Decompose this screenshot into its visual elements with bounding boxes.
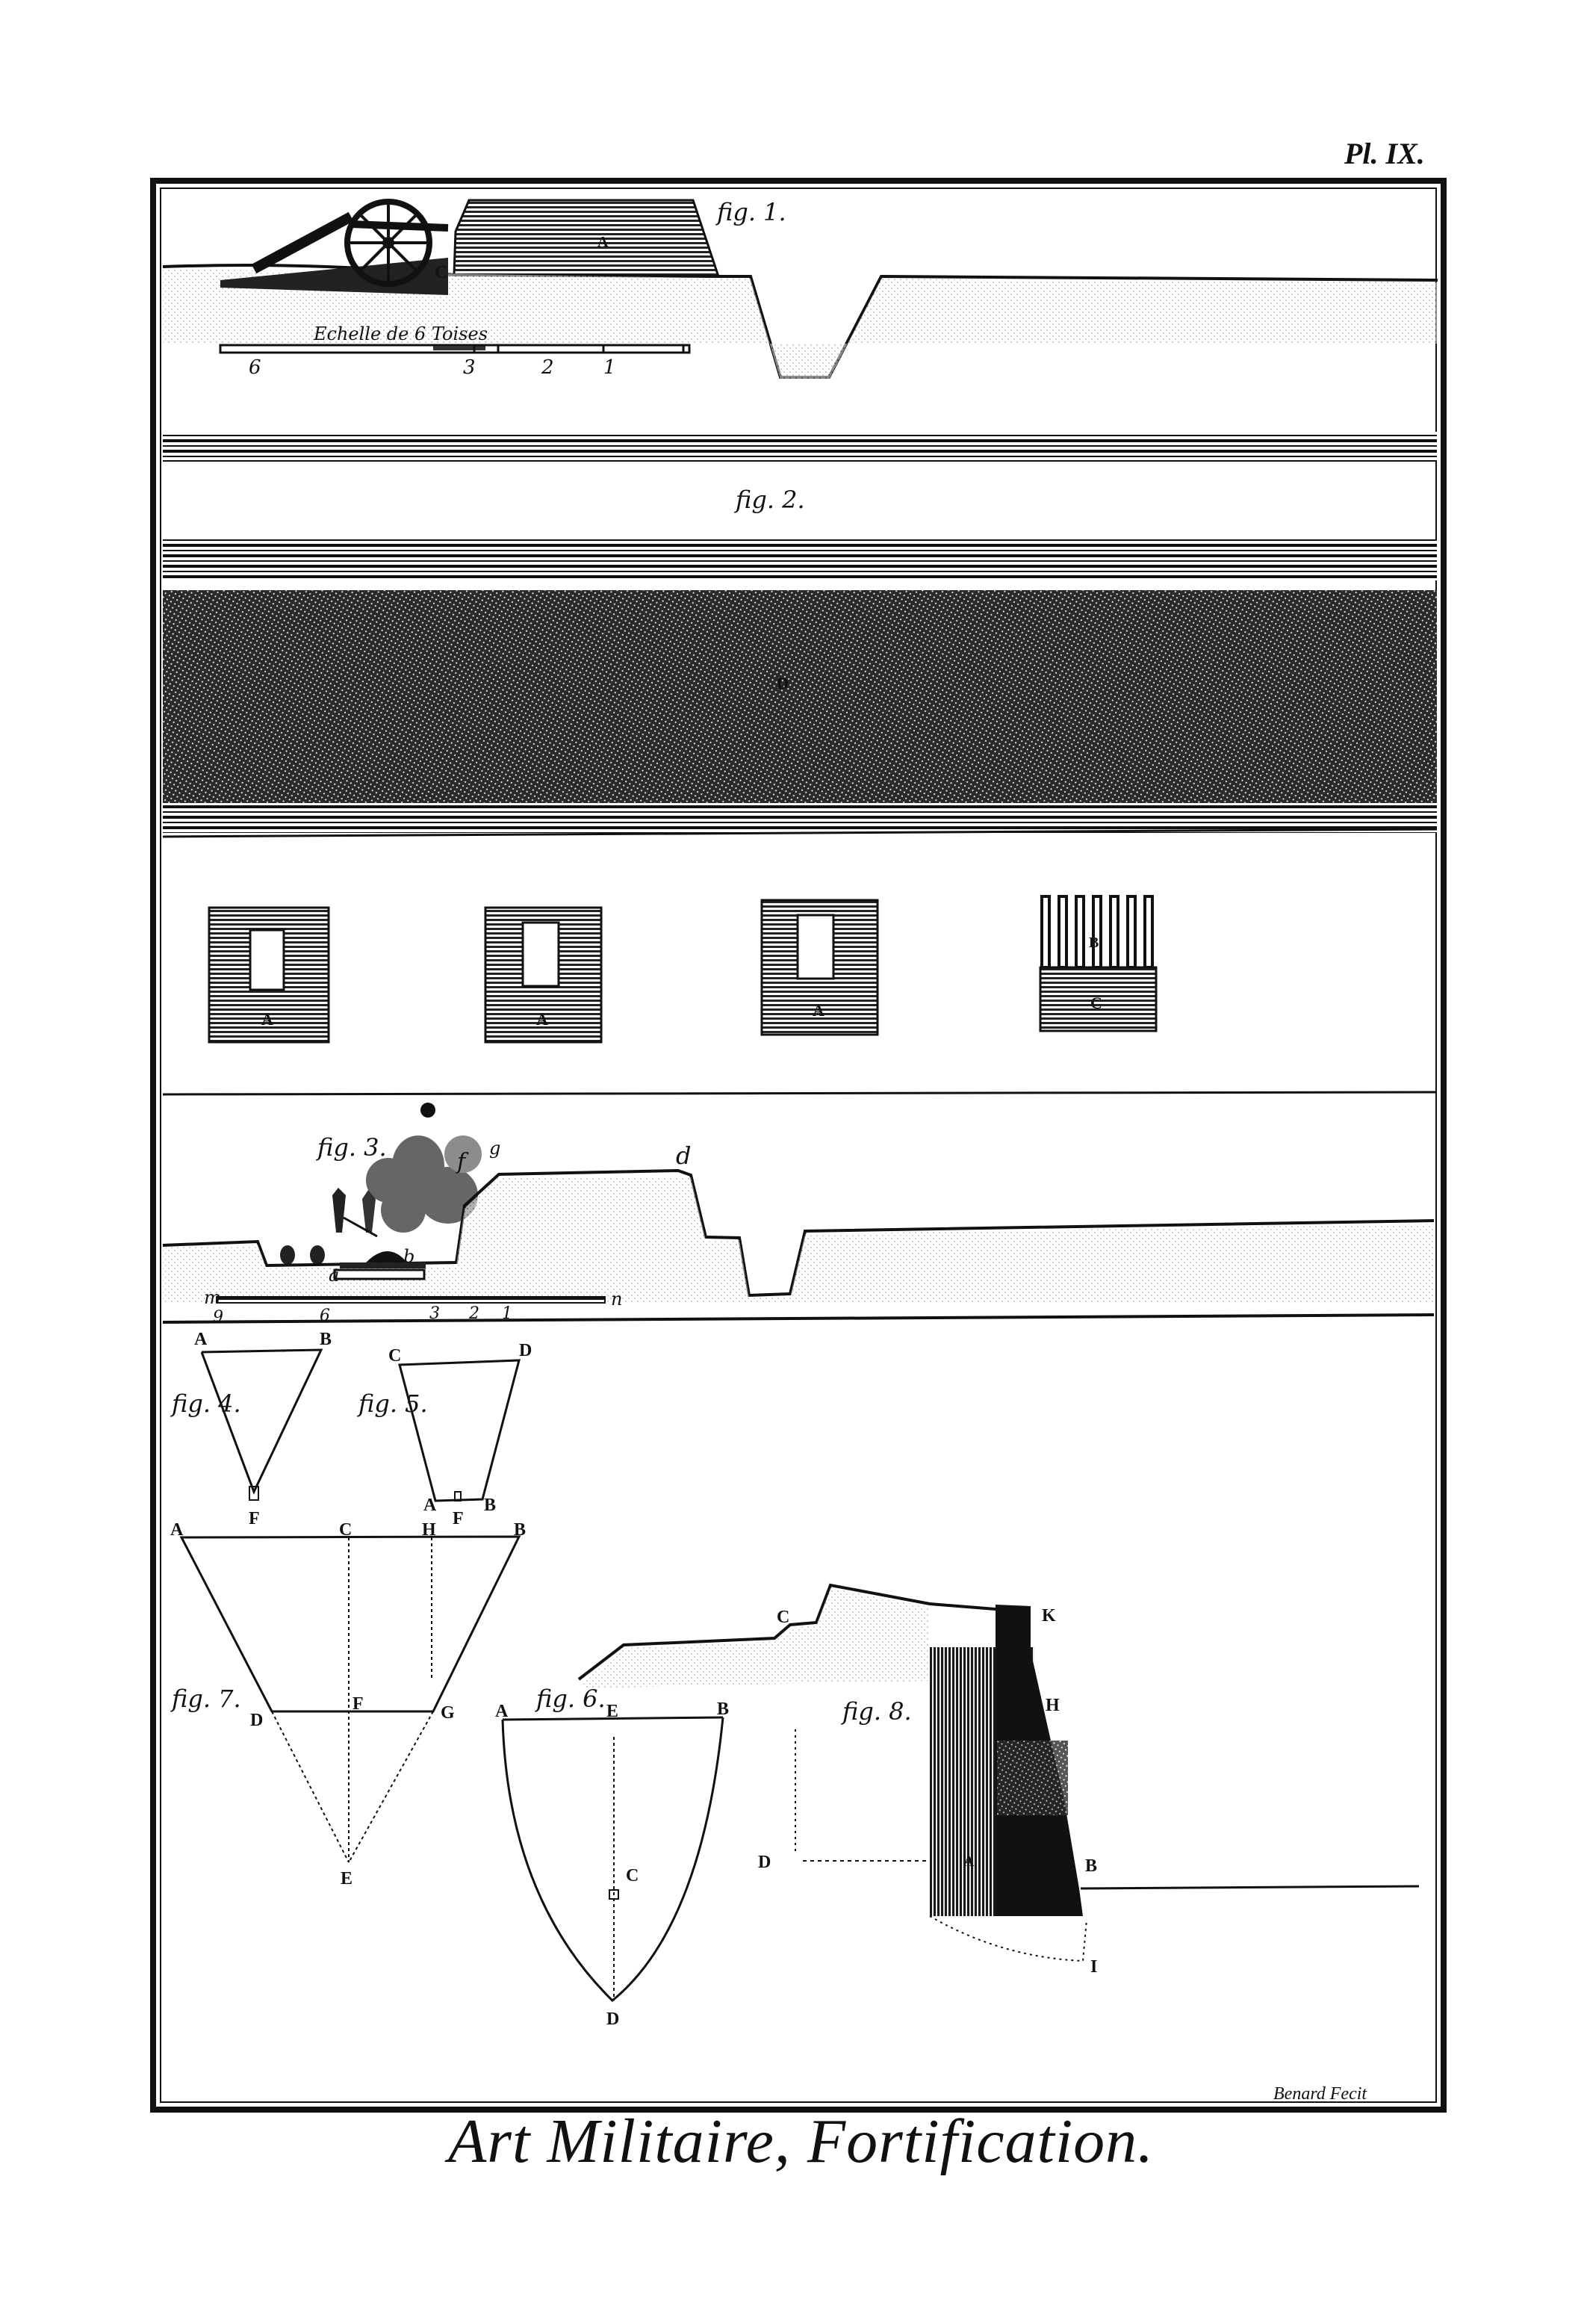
- fig8-label-H: H: [1046, 1696, 1060, 1715]
- fig7-label-A: A: [170, 1520, 184, 1540]
- figure-7-trapezoid-construction: A C H B D F G E fig. 7.: [170, 1520, 526, 1888]
- fig5-label-D: D: [519, 1341, 532, 1360]
- fig2-label-D: D: [777, 674, 789, 692]
- gabion-label-B: B: [1089, 935, 1099, 951]
- fig3-caption: fig. 3.: [316, 1133, 387, 1162]
- fig8-label-A: A: [963, 1853, 975, 1870]
- fig3-tick-9: 9: [213, 1308, 223, 1327]
- gabion-2: A: [485, 908, 601, 1042]
- figure-1-profile: A C fig. 1. Echelle de 6 Toises 6 3 2 1: [163, 198, 1438, 379]
- fig4-caption: fig. 4.: [170, 1389, 241, 1418]
- fig7-label-B: B: [514, 1520, 526, 1540]
- gabion-3: A: [762, 900, 878, 1035]
- fig3-label-g: g: [489, 1138, 500, 1159]
- fig8-label-B: B: [1085, 1856, 1097, 1876]
- fig5-caption: fig. 5.: [357, 1389, 428, 1418]
- fig6-label-D: D: [606, 2010, 619, 2029]
- fig4-label-F: F: [249, 1509, 260, 1528]
- fig7-label-D: D: [250, 1711, 263, 1730]
- fig7-label-H: H: [422, 1520, 436, 1540]
- gabion-label: A: [813, 1001, 824, 1020]
- fig8-label-I: I: [1090, 1957, 1097, 1977]
- fig7-label-F: F: [353, 1694, 364, 1714]
- fig3-label-b: b: [403, 1246, 414, 1267]
- fig7-caption: fig. 7.: [170, 1685, 241, 1713]
- fig1-caption: fig. 1.: [715, 198, 786, 226]
- fig5-label-C: C: [388, 1346, 401, 1366]
- fig6-label-A: A: [495, 1702, 509, 1721]
- fig5-label-A: A: [423, 1496, 437, 1515]
- scale-tick-1: 1: [603, 356, 616, 379]
- figure-8-rampart-section: C K H D A B I fig. 8.: [579, 1585, 1419, 1977]
- fig5-label-F: F: [453, 1509, 464, 1528]
- fig3-label-d: d: [676, 1141, 691, 1170]
- fig8-label-D: D: [758, 1853, 771, 1872]
- fig3-label-m: m: [204, 1287, 221, 1308]
- fig2-caption: fig. 2.: [734, 486, 805, 514]
- scale-tick-6: 6: [249, 356, 261, 379]
- fig4-label-B: B: [320, 1330, 332, 1349]
- engraving-plate: A C fig. 1. Echelle de 6 Toises 6 3 2 1 …: [0, 0, 1587, 2324]
- fig7-label-E: E: [341, 1869, 353, 1888]
- scale-tick-3: 3: [463, 356, 476, 379]
- gabion-1: A: [209, 908, 329, 1042]
- gabion-label-C: C: [1090, 994, 1102, 1012]
- fig6-caption: fig. 6.: [535, 1685, 606, 1713]
- fig6-label-E: E: [606, 1702, 618, 1721]
- figure-6-shield: A E B C D fig. 6.: [495, 1685, 729, 2029]
- fig3-label-n: n: [611, 1289, 622, 1310]
- scale-caption: Echelle de 6 Toises: [313, 323, 488, 344]
- fig8-label-C: C: [777, 1608, 789, 1627]
- fig3-tick-6: 6: [320, 1307, 330, 1325]
- figure-5-trapezoid: C D A B F fig. 5.: [357, 1341, 532, 1528]
- figure-4-triangle: A B F fig. 4.: [170, 1330, 332, 1528]
- fig5-label-B: B: [484, 1496, 496, 1515]
- fig1-label-C: C: [435, 263, 447, 282]
- fig3-label-a: a: [329, 1265, 339, 1286]
- gabion-panels: A A A B C: [209, 896, 1156, 1042]
- scale-tick-2: 2: [541, 356, 554, 379]
- gabion-label: A: [261, 1010, 273, 1029]
- fig3-tick-2: 2: [468, 1304, 479, 1323]
- fig6-label-B: B: [717, 1699, 729, 1719]
- figure-2-plan: fig. 2. D: [163, 432, 1437, 837]
- fig7-label-G: G: [441, 1703, 455, 1723]
- fig8-label-K: K: [1042, 1606, 1056, 1626]
- fig3-tick-3: 3: [429, 1304, 440, 1323]
- fig1-label-A: A: [597, 234, 609, 250]
- gabion-label: A: [536, 1010, 548, 1029]
- fig4-label-A: A: [194, 1330, 208, 1349]
- fig6-label-C: C: [626, 1866, 639, 1885]
- figure-3-mine-explosion: fig. 3. m n a b d f g 9 6 3 2 1: [163, 1103, 1434, 1327]
- fig3-tick-1: 1: [502, 1304, 512, 1323]
- fig8-caption: fig. 8.: [841, 1697, 912, 1726]
- gabion-4: B C: [1040, 896, 1156, 1031]
- fig7-label-C: C: [339, 1520, 352, 1540]
